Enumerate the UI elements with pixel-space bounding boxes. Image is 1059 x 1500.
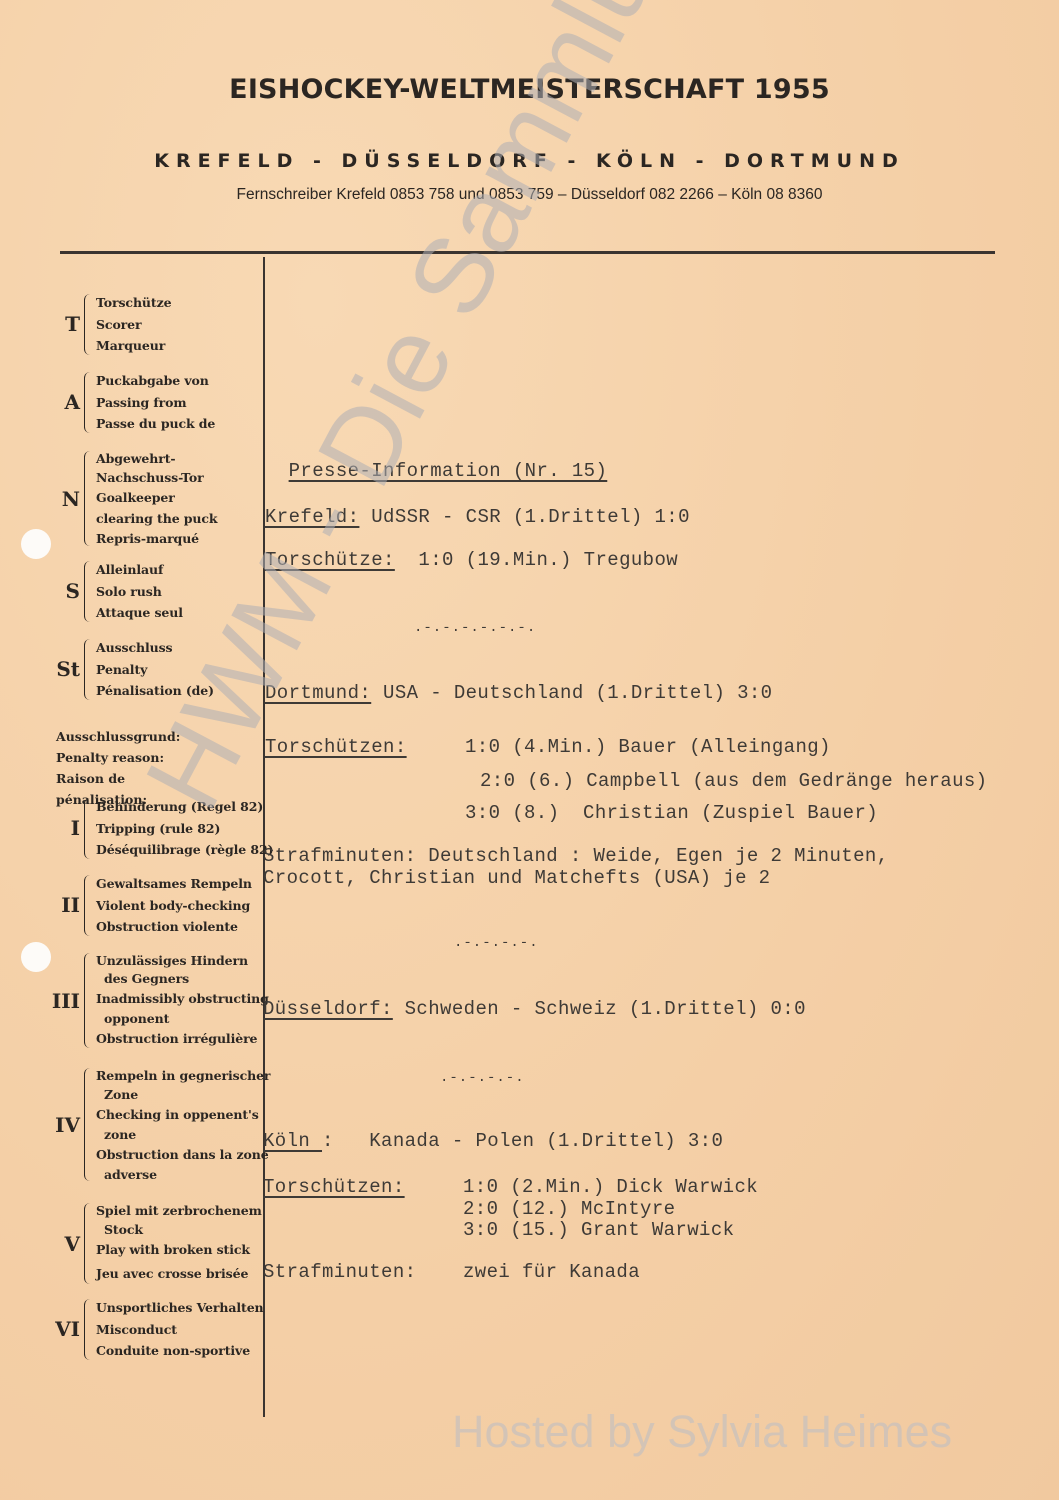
legend-key: I (50, 816, 82, 840)
scorer-line: 1:0 (2.Min.) Dick Warwick (463, 1176, 758, 1198)
legend-line: Solo rush (96, 581, 183, 603)
legend-group-T: T Torschütze Scorer Marqueur (50, 292, 171, 357)
venue-label: Köln (263, 1130, 322, 1152)
scorer-line: 2:0 (6.) Campbell (aus dem Gedränge hera… (480, 770, 987, 792)
legend-key: V (50, 1232, 82, 1256)
brace-icon (84, 1203, 92, 1284)
match-result: UdSSR - CSR (1.Drittel) 1:0 (359, 506, 689, 528)
legend-line: Repris-marqué (96, 529, 218, 548)
legend-group-N: N Abgewehrt- Nachschuss-Tor Goalkeeper c… (50, 449, 218, 548)
scorer-line: 2:0 (12.) McIntyre (463, 1198, 675, 1220)
legend-key: A (50, 390, 82, 414)
scorer-label: Torschützen: (265, 736, 407, 758)
brace-icon (84, 953, 92, 1048)
legend-key: S (50, 579, 82, 603)
legend-line: Zone (96, 1086, 270, 1103)
legend-key: T (50, 312, 82, 336)
venue-label: Düsseldorf: (263, 998, 393, 1020)
legend-line: zone (96, 1126, 270, 1143)
legend-line: Stock (96, 1221, 262, 1238)
legend-line: Obstruction irrégulière (96, 1027, 269, 1050)
scorer-line: 3:0 (15.) Grant Warwick (463, 1219, 734, 1241)
dortmund-scorer-label: Torschützen: (265, 736, 407, 758)
koeln-match: Köln : Kanada - Polen (1.Drittel) 3:0 (263, 1130, 723, 1152)
brace-icon (84, 798, 92, 859)
legend-line: Marqueur (96, 335, 171, 357)
reason-group-V: V Spiel mit zerbrochenem Stock Play with… (50, 1201, 262, 1286)
legend-line: Nachschuss-Tor (96, 468, 218, 487)
legend-line: Rempeln in gegnerischer (96, 1066, 270, 1086)
binder-hole (21, 529, 51, 559)
legend-line: Passe du puck de (96, 413, 215, 435)
legend-key: III (50, 989, 82, 1013)
brace-icon (84, 451, 92, 546)
separator: .-.-.-.-. (454, 935, 539, 951)
legend-line: opponent (96, 1010, 269, 1027)
legend-line: Puckabgabe von (96, 370, 215, 392)
reason-group-VI: VI Unsportliches Verhalten Misconduct Co… (50, 1297, 264, 1362)
match-result: USA - Deutschland (1.Drittel) 3:0 (371, 682, 772, 704)
brace-icon (84, 372, 92, 433)
legend-line: Unzulässiges Hindern (96, 951, 269, 970)
legend-group-S: S Alleinlauf Solo rush Attaque seul (50, 559, 183, 624)
legend-line: Play with broken stick (96, 1238, 262, 1262)
legend-line: Tripping (rule 82) (96, 818, 273, 840)
duesseldorf-match: Düsseldorf: Schweden - Schweiz (1.Dritte… (263, 998, 806, 1020)
legend-line: clearing the puck (96, 508, 218, 529)
legend-group-A: A Puckabgabe von Passing from Passe du p… (50, 370, 215, 435)
reason-group-III: III Unzulässiges Hindern des Gegners Ina… (50, 951, 269, 1050)
koeln-penalty-text: zwei für Kanada (463, 1261, 640, 1283)
legend-line: Misconduct (96, 1319, 264, 1341)
brace-icon (84, 639, 92, 700)
legend-line: Attaque seul (96, 602, 183, 624)
legend-line: Conduite non-sportive (96, 1340, 264, 1362)
legend-line: Scorer (96, 314, 171, 336)
watermark-hosted: Hosted by Sylvia Heimes (452, 1406, 952, 1458)
scorer-line: 1:0 (19.Min.) Tregubow (395, 549, 678, 571)
legend-line: Spiel mit zerbrochenem (96, 1201, 262, 1221)
scorer-line: 1:0 (4.Min.) Bauer (Alleingang) (465, 736, 831, 758)
legend-line: Torschütze (96, 292, 171, 314)
legend-line: Alleinlauf (96, 559, 183, 581)
brace-icon (84, 294, 92, 355)
legend-key: St (50, 657, 82, 681)
koeln-penalty-label: Strafminuten: (263, 1261, 416, 1283)
legend-line: Passing from (96, 392, 215, 414)
legend-line: des Gegners (96, 970, 269, 987)
reason-group-IV: IV Rempeln in gegnerischer Zone Checking… (50, 1066, 270, 1183)
match-result: Schweden - Schweiz (1.Drittel) 0:0 (393, 998, 806, 1020)
legend-line: Obstruction violente (96, 916, 252, 938)
brace-icon (84, 875, 92, 936)
penalty-line: Strafminuten: Deutschland : Weide, Egen … (263, 845, 889, 867)
legend-line: Abgewehrt- (96, 449, 218, 468)
legend-line: Gewaltsames Rempeln (96, 873, 252, 895)
legend-line: adverse (96, 1166, 270, 1183)
legend-key: N (50, 487, 82, 511)
binder-hole (21, 942, 51, 972)
legend-line: Unsportliches Verhalten (96, 1297, 264, 1319)
legend-key: IV (50, 1113, 82, 1137)
separator: .-.-.-.-.-.-. (414, 620, 536, 636)
reason-group-II: II Gewaltsames Rempeln Violent body-chec… (50, 873, 252, 938)
dortmund-match: Dortmund: USA - Deutschland (1.Drittel) … (265, 682, 772, 704)
legend-line: Jeu avec crosse brisée (96, 1262, 262, 1286)
legend-line: Déséquilibrage (règle 82) (96, 839, 273, 861)
match-result: : Kanada - Polen (1.Drittel) 3:0 (322, 1130, 723, 1152)
legend-key: VI (50, 1317, 82, 1341)
separator: .-.-.-.-. (440, 1070, 525, 1086)
legend-line: Obstruction dans la zone (96, 1143, 270, 1166)
brace-icon (84, 1068, 92, 1181)
legend-line: Inadmissibly obstructing (96, 987, 269, 1010)
legend-line: Violent body-checking (96, 895, 252, 917)
penalty-line: Crocott, Christian und Matchefts (USA) j… (263, 867, 770, 889)
legend-key: II (50, 893, 82, 917)
scorer-label: Torschützen: (263, 1176, 405, 1198)
legend-line: Checking in oppenent's (96, 1103, 270, 1126)
brace-icon (84, 561, 92, 622)
legend-line: Goalkeeper (96, 487, 218, 508)
scorer-line: 3:0 (8.) Christian (Zuspiel Bauer) (465, 802, 878, 824)
brace-icon (84, 1299, 92, 1360)
koeln-scorer-label: Torschützen: (263, 1176, 405, 1198)
